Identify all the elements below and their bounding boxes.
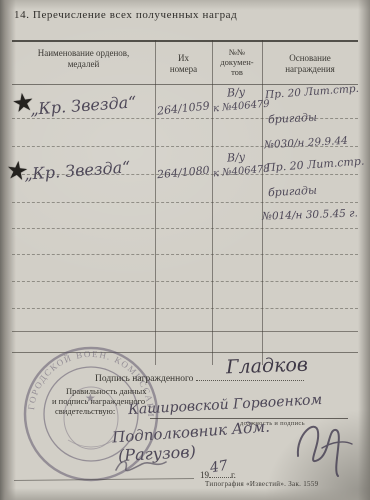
award-basis-line: бригады [268,184,318,200]
section-title: 14. Перечисление всех полученных наград [14,9,359,21]
col-header-basis-line1: Основание [262,53,358,64]
col-header-number-line1: Их [155,53,212,64]
award-basis-line: Пр. 20 Лит.стр. [265,83,360,102]
col-header-number-line2: номера [155,64,212,75]
col-header-number: Их номера [155,53,212,75]
recipient-signature-label-text: Подпись награжденного [95,374,193,384]
date-suffix: г. [231,470,236,480]
print-note: Типография «Известий». Зак. 1559 [205,480,318,488]
row-rule [12,228,358,229]
award-basis-line: №014/н 30.5.45 г. [262,207,358,222]
table-header-rule [12,84,358,85]
award-basis-line: Пр. 20 Лит.стр. [266,155,365,175]
row-rule [12,281,358,282]
col-header-basis-line2: награждения [262,64,358,75]
award-basis-line: бригады [268,111,318,127]
col-header-name-line1: Наименование орденов, [12,48,155,59]
award-name: „Кр. Звезда“ [23,157,130,183]
col-header-doc: №№ докумен- тов [212,47,262,77]
handwriting-squiggle [112,448,172,478]
date-handwritten: 47 [209,458,229,477]
official-signature-flourish [288,414,358,482]
col-header-name: Наименование орденов, медалей [12,48,155,70]
certify-line: свидетельствую: [55,406,115,416]
certify-line: Правильность данных [66,386,147,396]
col-header-basis: Основание награждения [262,53,358,75]
award-number: 264/1080 [157,164,211,182]
row-rule [12,254,358,255]
date-prefix: 19 [200,470,209,480]
row-rule [12,331,358,332]
award-number: 264/1059 [156,99,210,117]
recipient-signature: Гладков [226,354,309,379]
col-header-doc-line1: №№ [212,47,262,57]
doc-type: В/у [227,85,246,99]
award-name: „Кр. Звезда“ [29,92,136,118]
row-rule [12,308,358,309]
col-header-doc-line2: докумен- [212,57,262,67]
doc-type: В/у [227,150,246,164]
col-header-name-line2: медалей [12,59,155,70]
col-header-doc-line3: тов [212,67,262,77]
scanned-award-form: 14. Перечисление всех полученных наград … [0,0,370,500]
award-basis-line: №030/н 29.9.44 [264,135,348,151]
table-top-rule [12,40,358,42]
row-rule [12,202,358,203]
